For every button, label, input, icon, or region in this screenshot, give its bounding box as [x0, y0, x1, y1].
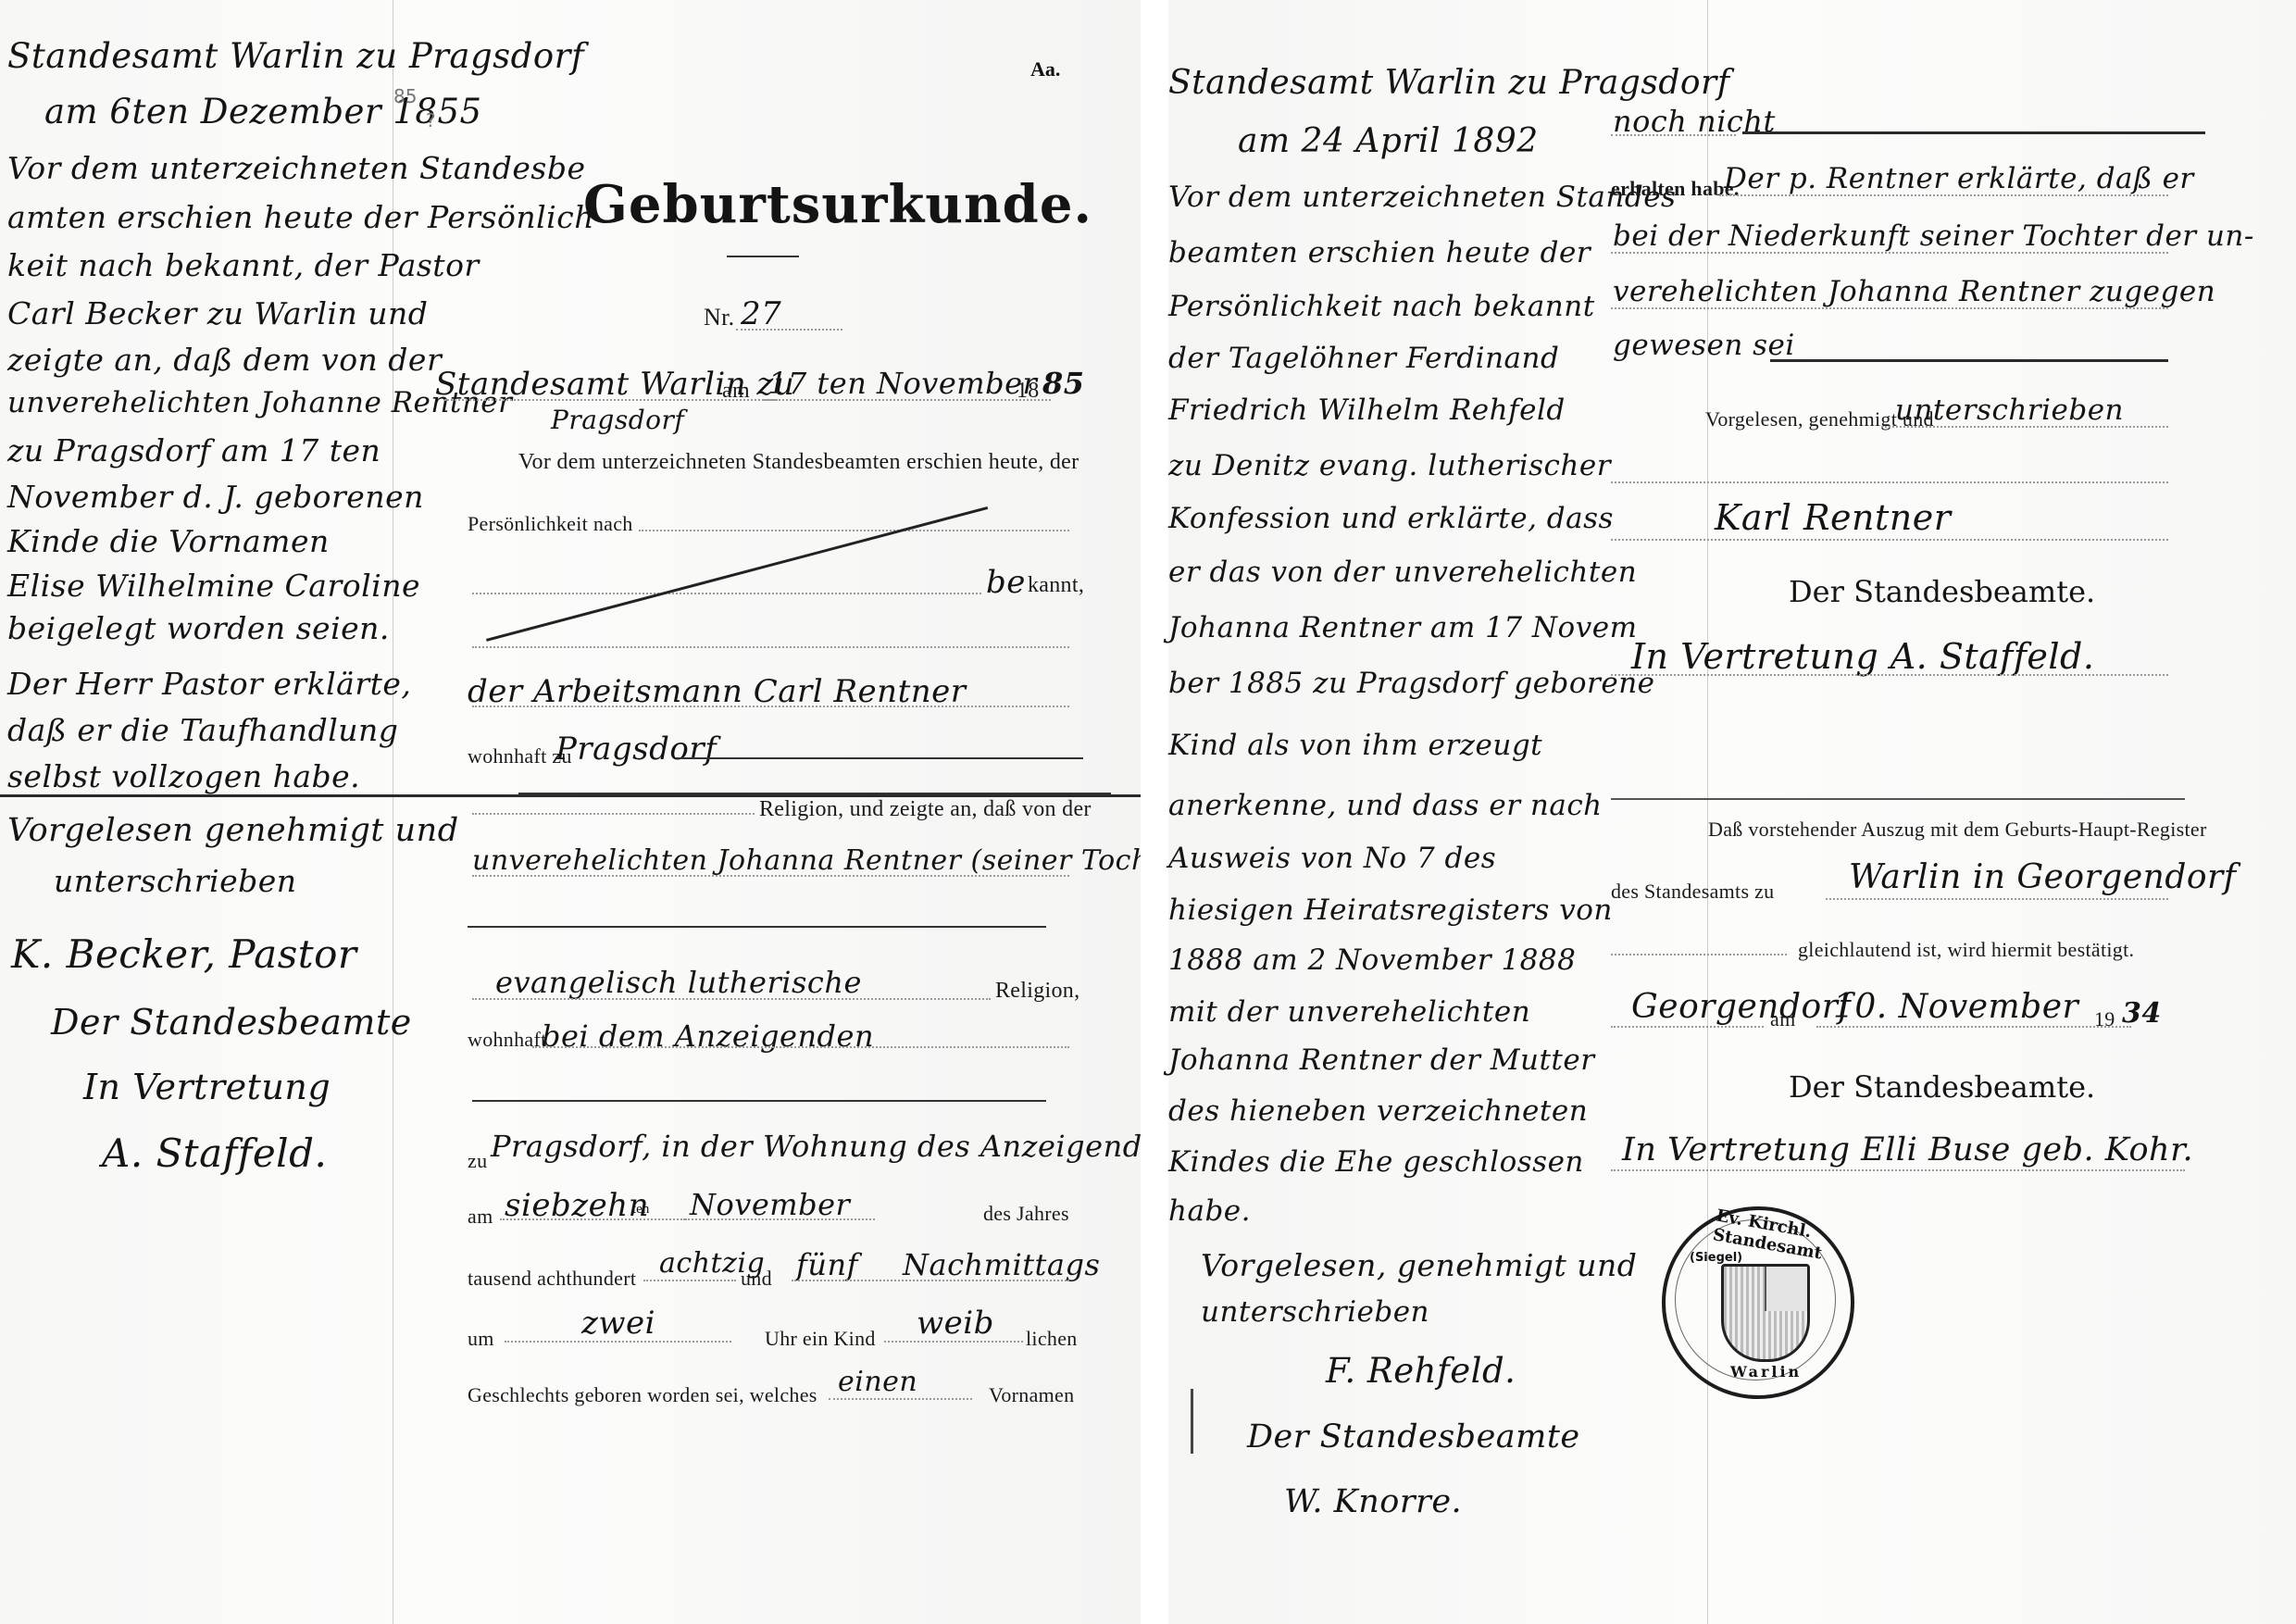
margin-line: Kinde die Vornamen: [7, 526, 330, 556]
margin-line: zu Denitz evang. lutherischer: [1168, 452, 1611, 481]
officer-title: Der Standesbeamte: [1247, 1421, 1580, 1454]
statement-dotline: [1611, 307, 2168, 309]
sex-suffix: lichen: [1026, 1329, 1078, 1349]
margin-line: Friedrich Wilhelm Rehfeld: [1168, 396, 1566, 425]
margin-line: Elise Wilhelmine Caroline: [7, 570, 420, 601]
certificate-number: 27: [741, 298, 781, 330]
date-field: 17 ten November: [768, 369, 1037, 398]
identity-line-3: [472, 646, 1069, 648]
number-line: [736, 329, 842, 331]
month-line: [685, 1218, 875, 1220]
margin-line: daß er die Taufhandlung: [7, 715, 398, 745]
not-yet-line: [1611, 134, 1736, 136]
title-underline: [727, 256, 799, 257]
margin-line: Carl Becker zu Warlin und: [7, 298, 428, 329]
officer-label: Der Standesbeamte.: [1789, 574, 2095, 609]
margin-line: Standesamt Warlin zu Pragsdorf: [7, 39, 584, 73]
read-approved-text: Vorgelesen genehmigt und: [7, 815, 459, 847]
thousand-text: tausend achthundert: [468, 1268, 636, 1289]
margin-line: anerkenne, und dass er nach: [1168, 792, 1603, 820]
margin-line: Vor dem unterzeichneten Standesbe: [7, 153, 586, 183]
official-seal: Ev. Kirchl. Standesamt (Siegel) Warlin: [1662, 1206, 1854, 1399]
child-text: Uhr ein Kind: [765, 1329, 876, 1349]
page-gap: [1141, 0, 1168, 1624]
seal-label: (Siegel): [1690, 1251, 1742, 1265]
officer-signature-2: In Vertretung Elli Buse geb. Kohr.: [1622, 1134, 2193, 1167]
issue-year-field: 34: [2122, 1000, 2162, 1028]
officer-label-2: Der Standesbeamte.: [1789, 1069, 2095, 1105]
margin-bracket: [1191, 1389, 1193, 1454]
date-label: am: [722, 380, 750, 402]
born-text: Geschlechts geboren worden sei, welches: [468, 1385, 817, 1405]
officer-signature: In Vertretung A. Staffeld.: [1631, 639, 2094, 674]
day-field: siebzehn: [505, 1190, 649, 1221]
residence-line-rule: [518, 793, 1111, 794]
residence-fill-rule: [676, 757, 1083, 759]
birthplace-label: zu: [468, 1151, 487, 1171]
signed-text: unterschrieben: [1201, 1298, 1429, 1327]
day-label: am: [468, 1206, 493, 1227]
unit-line: [792, 1280, 1069, 1281]
officer-title: Der Standesbeamte: [51, 1005, 412, 1040]
unit-field: fünf: [796, 1250, 858, 1280]
margin-line: Vor dem unterzeichneten Standes: [1168, 183, 1676, 212]
mother-fill-rule: [468, 926, 1046, 928]
number-label: Nr.: [704, 306, 734, 330]
hour-label: um: [468, 1329, 494, 1349]
issue-date-field: 10. November: [1833, 991, 2078, 1024]
margin-line: beamten erschien heute der: [1168, 239, 1591, 268]
statement-dotline: [1611, 252, 2168, 254]
left-page: Standesamt Warlin zu Pragsdorf am 6ten D…: [0, 0, 1141, 1624]
margin-line: der Tagelöhner Ferdinand: [1168, 344, 1559, 373]
officer-signature: W. Knorre.: [1284, 1486, 1462, 1518]
margin-line: beigelegt worden seien.: [7, 613, 390, 643]
margin-line: Persönlichkeit nach bekannt: [1168, 293, 1595, 321]
identity-line: [639, 530, 1069, 531]
father-signature: F. Rehfeld.: [1326, 1354, 1516, 1388]
known-suffix: kannt,: [1028, 574, 1084, 596]
statement-fill-rule: [1770, 359, 2168, 362]
informant-signature-line: [1611, 539, 2168, 541]
issue-date-line: [1816, 1026, 2131, 1028]
margin-line: mit der unverehelichten: [1168, 998, 1530, 1027]
margin-line: keit nach bekannt, der Pastor: [7, 250, 480, 281]
margin-line: Standesamt Warlin zu Pragsdorf: [1168, 67, 1730, 100]
margin-line: November d. J. geborenen: [7, 481, 424, 512]
hour-line: [505, 1341, 731, 1343]
margin-line: zeigte an, daß dem von der: [7, 344, 442, 375]
deputy-label: In Vertretung: [83, 1069, 331, 1105]
confirm-text: gleichlautend ist, wird hiermit bestätig…: [1798, 940, 2134, 960]
mother-residence-rule: [472, 1100, 1046, 1102]
mother-residence-line: [532, 1046, 1069, 1048]
mother-religion-field: evangelisch lutherische: [495, 968, 862, 997]
registry-label: des Standesamts zu: [1611, 881, 1774, 902]
time-of-day-field: Nachmittags: [903, 1250, 1100, 1280]
margin-line: hiesigen Heiratsregisters von: [1168, 896, 1613, 925]
blank-line: [1611, 481, 2168, 483]
identity-line-2: [472, 593, 981, 594]
margin-line: Konfession und erklärte, dass: [1168, 505, 1614, 533]
date-line: [764, 399, 1051, 401]
mother-field: unverehelichten Johanna Rentner (seiner …: [472, 847, 1192, 875]
pencil-correction: 85: [393, 85, 417, 107]
informant-signature: Karl Rentner: [1715, 500, 1951, 535]
office-field-line2: Pragsdorf: [551, 407, 684, 433]
margin-line: amten erschien heute der Persönlich: [7, 202, 594, 232]
margin-line: er das von der unverehelichten: [1168, 558, 1637, 587]
sex-field: weib: [917, 1307, 994, 1339]
not-yet-fill-rule: [1742, 131, 2205, 134]
statement-dotline: [1719, 194, 2168, 196]
officer-signature-2-line: [1611, 1169, 2185, 1171]
read-line: [1881, 426, 2168, 428]
pencil-question-mark: ?: [426, 109, 436, 131]
read-approved-text: Vorgelesen, genehmigt und: [1201, 1250, 1637, 1280]
statement-line: Der p. Rentner erklärte, daß er: [1724, 165, 2194, 194]
registry-field: Warlin in Georgendorf: [1849, 861, 2237, 894]
year-prefix: 18: [1017, 380, 1040, 402]
day-line: [500, 1218, 685, 1220]
month-field: November: [690, 1190, 850, 1219]
margin-line: am 24 April 1892: [1238, 125, 1539, 158]
margin-line: selbst vollzogen habe.: [7, 761, 360, 792]
pastor-signature: K. Becker, Pastor: [11, 935, 357, 974]
names-label: Vornamen: [989, 1385, 1074, 1405]
intro-text: Vor dem unterzeichneten Standesbeamten e…: [518, 451, 1079, 473]
officer-signature: A. Staffeld.: [102, 1134, 327, 1173]
coat-of-arms-icon: [1721, 1264, 1810, 1362]
place-line: [1611, 1026, 1764, 1028]
identity-label: Persönlichkeit nach: [468, 514, 633, 534]
statement-line: gewesen sei: [1613, 331, 1795, 360]
margin-line: des hieneben verzeichneten: [1168, 1097, 1588, 1126]
margin-line: Kindes die Ehe geschlossen: [1168, 1148, 1584, 1177]
margin-line: habe.: [1168, 1197, 1251, 1226]
informant-line: [472, 706, 1069, 707]
known-prefix: be: [986, 567, 1026, 598]
margin-line: Kind als von ihm erzeugt: [1168, 731, 1542, 760]
form-code: Aa.: [1030, 57, 1060, 81]
statement-line: verehelichten Johanna Rentner zugegen: [1613, 278, 2215, 306]
seal-ring-text-bottom: Warlin: [1730, 1363, 1802, 1380]
informant-field: der Arbeitsmann Carl Rentner: [468, 676, 967, 707]
certificate-title: Geburtsurkunde.: [583, 174, 1092, 235]
extract-text: Daß vorstehender Auszug mit dem Geburts-…: [1708, 819, 2207, 840]
names-count-line: [829, 1398, 972, 1400]
residence-field: Pragsdorf: [555, 733, 717, 765]
sex-line: [884, 1341, 1023, 1343]
section-divider: [1611, 798, 2185, 800]
religion-label: Religion,: [995, 980, 1079, 1002]
read-field: unterschrieben: [1895, 396, 2124, 425]
and-text: und: [741, 1268, 772, 1289]
year-label: des Jahres: [983, 1204, 1069, 1224]
year-field: 85: [1042, 369, 1085, 398]
registry-line: [1826, 898, 2168, 900]
confirm-line: [1611, 954, 1787, 956]
margin-line: 1888 am 2 November 1888: [1168, 946, 1576, 975]
officer-signature-line: [1611, 674, 2168, 676]
religion-line: [472, 813, 755, 815]
names-count-field: einen: [838, 1368, 917, 1396]
statement-line: bei der Niederkunft seiner Tochter der u…: [1613, 222, 2254, 251]
place-field: Georgendorf: [1631, 991, 1851, 1024]
religion-announce-text: Religion, und zeigte an, daß von der: [759, 798, 1092, 820]
day-suffix: ten: [632, 1202, 649, 1218]
margin-line: Der Herr Pastor erklärte,: [7, 668, 411, 699]
issue-date-label: am: [1770, 1009, 1795, 1030]
margin-line: Johanna Rentner am 17 Novem: [1168, 614, 1637, 643]
issue-year-prefix: 19: [2094, 1009, 2115, 1030]
mother-religion-line: [472, 998, 991, 1000]
decade-line: [643, 1280, 736, 1281]
margin-line: ber 1885 zu Pragsdorf geborene: [1168, 669, 1655, 698]
mother-line: [472, 875, 1069, 877]
birthplace-field: Pragsdorf, in der Wohnung des Anzeigende…: [491, 1131, 1179, 1161]
margin-line: Johanna Rentner der Mutter: [1168, 1046, 1595, 1075]
margin-line: Ausweis von No 7 des: [1168, 844, 1496, 873]
signed-text: unterschrieben: [54, 866, 297, 896]
hour-field: zwei: [581, 1307, 655, 1339]
margin-line: zu Pragsdorf am 17 ten: [7, 435, 381, 466]
